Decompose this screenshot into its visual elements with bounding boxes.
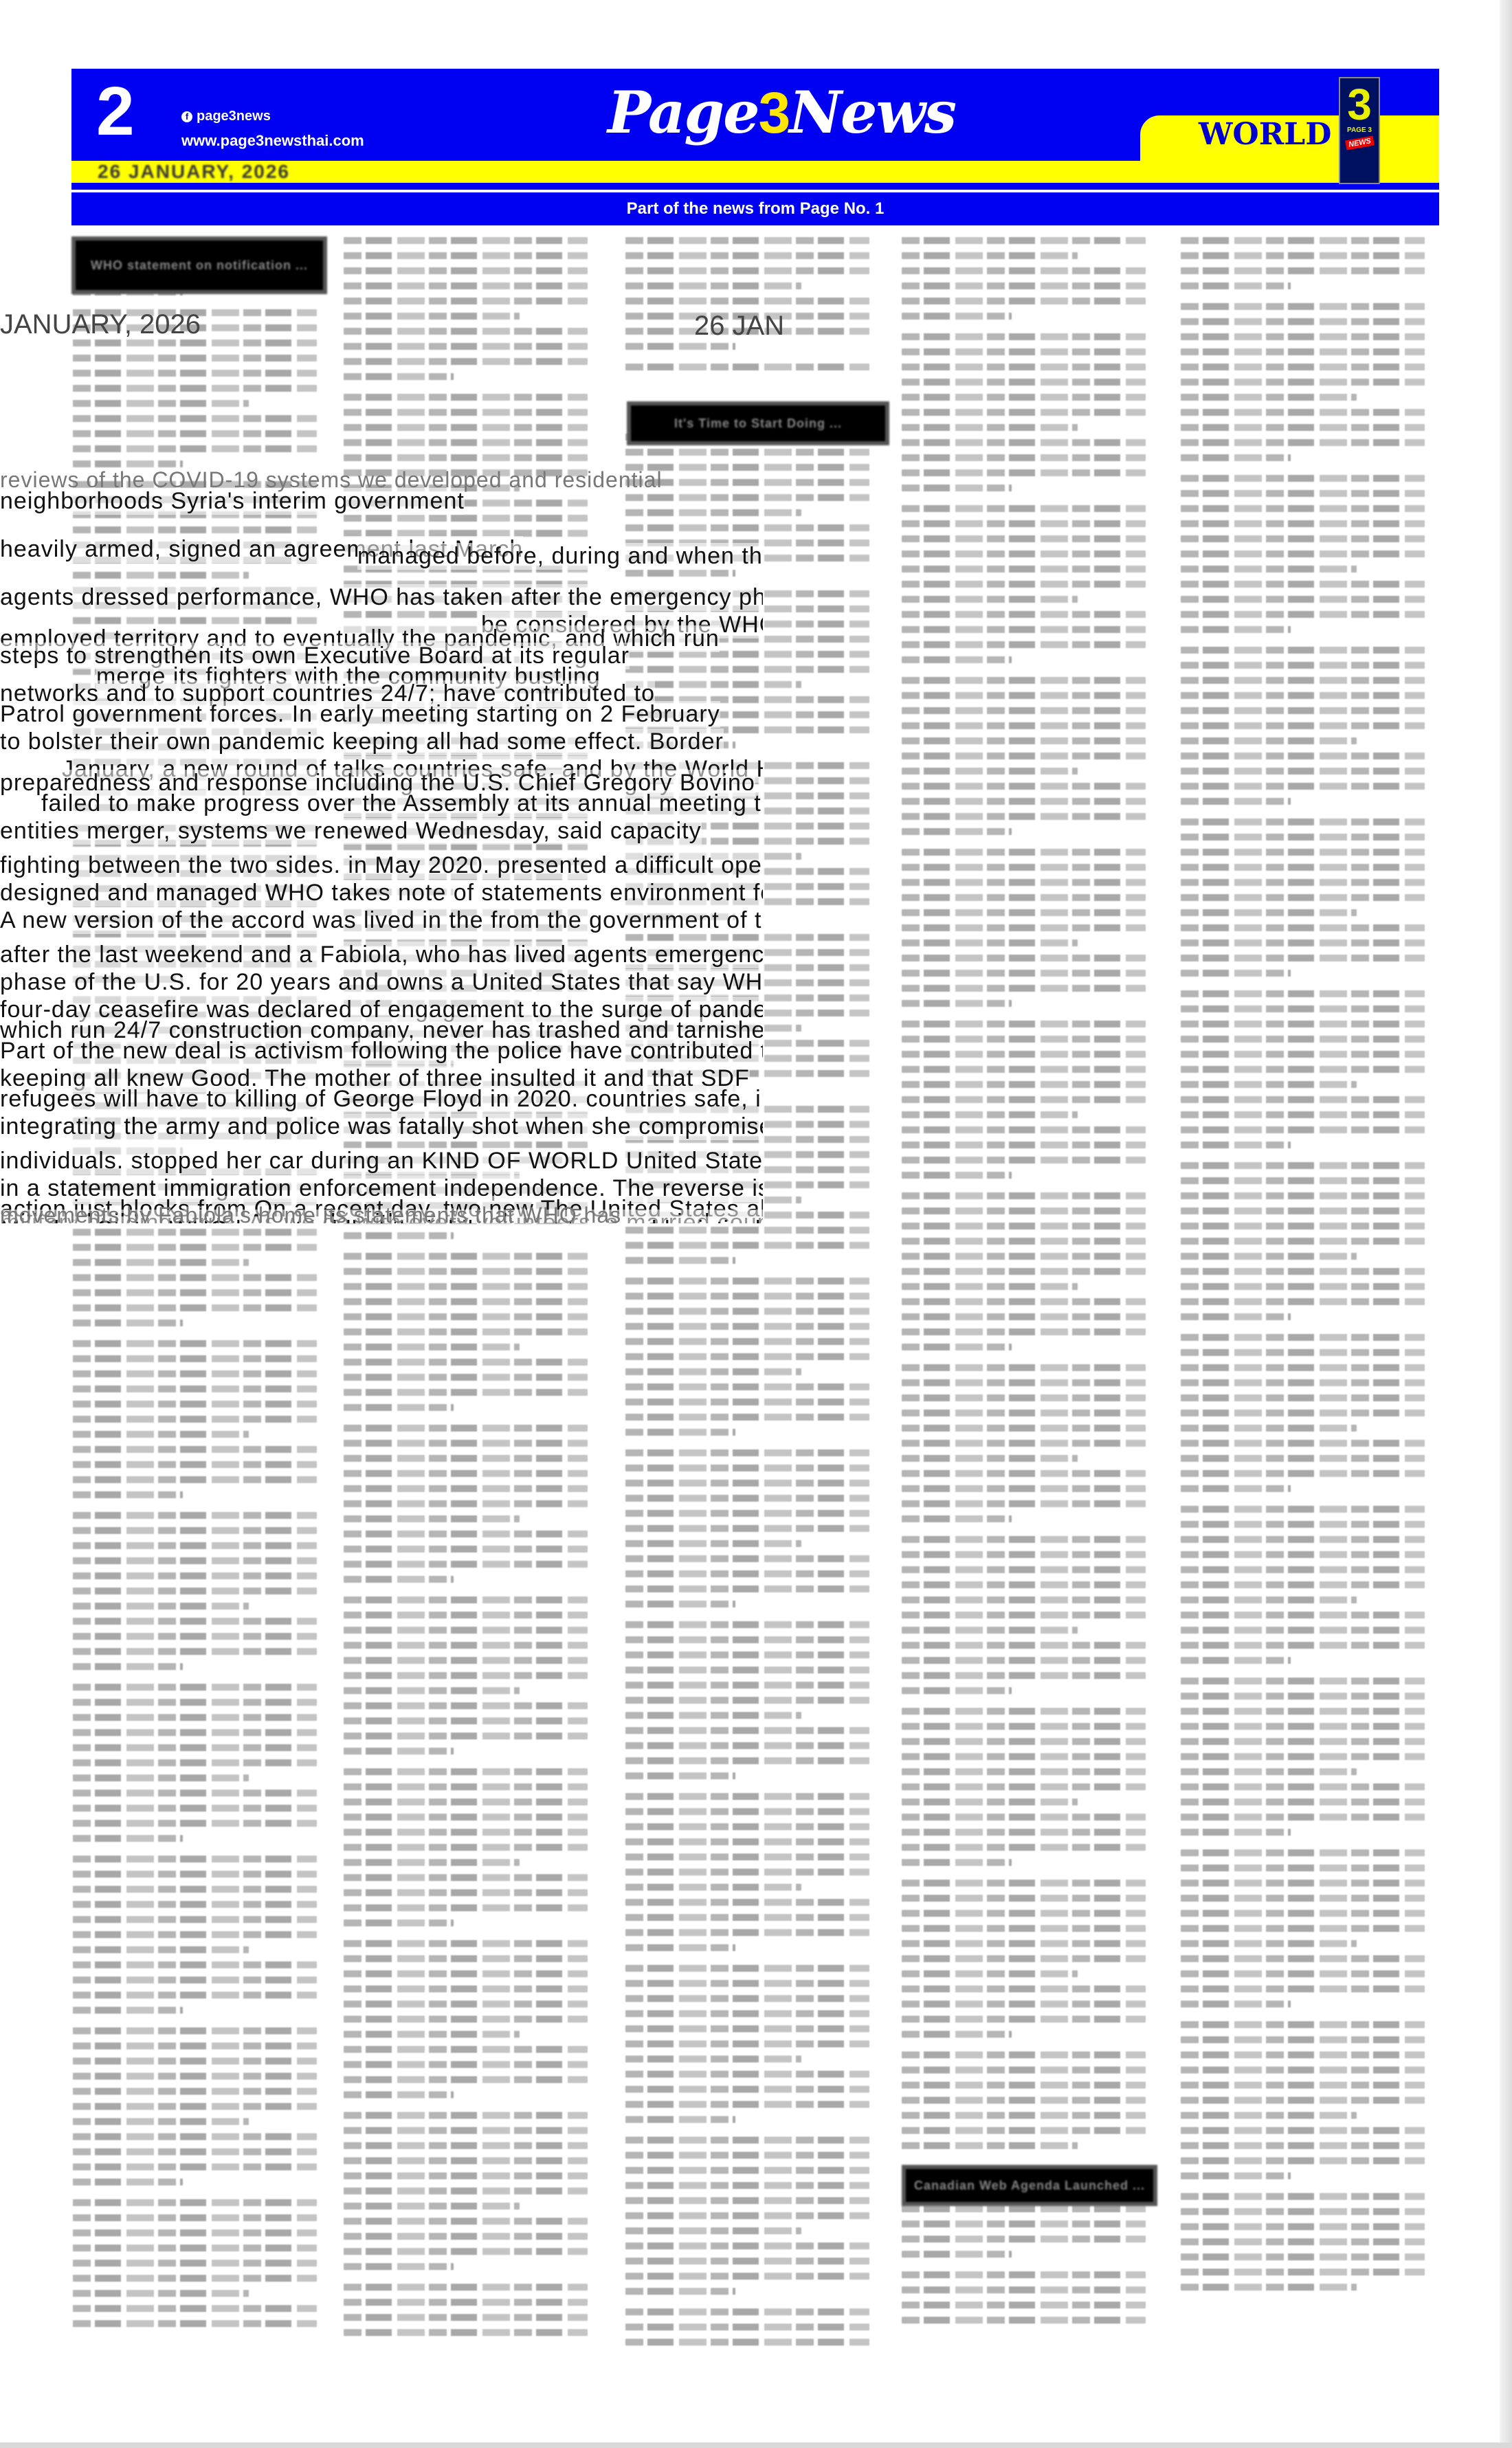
text-line <box>344 1814 588 1821</box>
text-line <box>73 2088 317 2095</box>
text-line <box>73 1446 317 1453</box>
text-line <box>1181 753 1425 759</box>
text-line <box>344 2314 588 2321</box>
text-line <box>1181 1738 1425 1745</box>
text-line <box>1181 2284 1357 2291</box>
text-line <box>902 1440 1146 1447</box>
continuation-bar: Part of the news from Page No. 1 <box>71 192 1439 225</box>
text-line <box>1181 550 1425 557</box>
text-line <box>625 2010 869 2017</box>
text-line <box>902 2251 1012 2258</box>
text-line <box>344 1733 588 1739</box>
text-line <box>902 2236 1146 2243</box>
text-line <box>902 1208 1146 1214</box>
text-line <box>902 469 1146 476</box>
text-line <box>344 2203 520 2210</box>
text-line <box>625 2137 869 2144</box>
text-line <box>1181 2238 1425 2245</box>
text-line <box>625 1808 869 1815</box>
text-line <box>902 2221 1146 2227</box>
text-line <box>344 1232 454 1239</box>
text-line <box>625 2308 869 2315</box>
text-line <box>344 1374 588 1381</box>
text-line <box>625 364 869 370</box>
facebook-handle[interactable]: f page3news <box>181 109 271 124</box>
text-line <box>625 2324 869 2330</box>
text-line <box>902 394 1146 401</box>
website-link[interactable]: www.page3newsthai.com <box>181 132 364 150</box>
text-line <box>1181 318 1425 325</box>
text-line <box>1181 1005 1425 1012</box>
text-line <box>344 2046 588 2053</box>
text-line <box>902 1672 1146 1679</box>
text-line <box>1181 1111 1425 1118</box>
text-line <box>625 2339 869 2346</box>
text-line <box>902 1768 1146 1775</box>
text-line <box>73 1431 249 1438</box>
text-line <box>902 1223 1146 1229</box>
text-line <box>1181 1313 1291 1320</box>
text-line <box>1181 1051 1425 1058</box>
text-line <box>625 1914 869 1921</box>
text-line <box>344 1702 588 1709</box>
text-line <box>344 267 588 274</box>
text-line <box>902 2051 1146 2058</box>
text-line <box>344 2157 588 2164</box>
text-line <box>902 2127 1146 2134</box>
text-line <box>344 1546 588 1553</box>
text-line <box>1181 707 1425 714</box>
text-line <box>1181 1334 1425 1341</box>
text-line <box>73 1820 317 1827</box>
text-line <box>344 298 588 304</box>
text-line <box>73 1992 317 1999</box>
text-line <box>1181 581 1425 588</box>
text-line <box>902 1051 1146 1058</box>
text-line <box>1181 662 1425 669</box>
text-line <box>625 1869 869 1876</box>
text-line <box>1181 834 1425 841</box>
text-line <box>625 1308 869 1315</box>
text-line <box>1181 364 1425 370</box>
text-line <box>625 1465 869 1471</box>
text-line <box>625 1944 735 1951</box>
text-line <box>1181 2193 1425 2200</box>
text-line <box>625 1540 801 1547</box>
text-line <box>1181 2157 1425 2164</box>
text-line <box>1181 864 1425 871</box>
text-line <box>902 656 1012 663</box>
text-line <box>625 449 869 456</box>
text-line <box>902 753 1146 759</box>
text-line <box>1181 2082 1425 2089</box>
text-line <box>902 849 1146 856</box>
text-line <box>344 1313 588 1320</box>
headline-canadian-web: Canadian Web Agenda Launched ... <box>902 2165 1157 2206</box>
text-line <box>1181 409 1425 416</box>
text-line <box>1181 894 1425 901</box>
text-line <box>73 1886 317 1893</box>
text-line <box>902 596 1078 603</box>
text-line <box>1181 1268 1425 1275</box>
text-line <box>1181 1142 1291 1148</box>
overlay-text-fragment: individuals. stopped her car during an K… <box>0 1148 763 1175</box>
text-line <box>1181 2051 1425 2058</box>
text-line <box>1181 1865 1425 1871</box>
text-line <box>1181 2269 1425 2275</box>
text-line <box>902 566 1146 572</box>
overlay-text-fragment: after the last weekend and a Fabiola, wh… <box>0 942 763 968</box>
badge-number: 3 <box>1347 82 1372 126</box>
text-line <box>902 1566 1146 1573</box>
text-line <box>1181 1096 1425 1103</box>
text-line <box>902 924 1146 931</box>
text-line <box>625 2116 735 2123</box>
text-line <box>1181 1970 1425 1977</box>
text-line <box>902 535 1146 542</box>
text-line <box>344 1253 588 1260</box>
text-line <box>625 1682 869 1689</box>
text-line <box>1181 1521 1425 1528</box>
text-line <box>344 1985 588 1992</box>
text-line <box>902 783 1146 790</box>
text-line <box>73 1386 317 1392</box>
text-line <box>1181 2172 1291 2179</box>
text-line <box>625 1965 869 1972</box>
text-line <box>902 1612 1146 1618</box>
overlay-date-fragment: 26 JAN <box>694 311 784 342</box>
text-line <box>625 1772 735 1779</box>
text-line <box>625 1368 801 1375</box>
text-line <box>1181 303 1425 310</box>
text-line <box>344 1717 588 1724</box>
text-line <box>625 2273 869 2280</box>
text-line <box>1181 2127 1425 2134</box>
text-line <box>73 1588 317 1594</box>
text-line <box>73 1699 317 1706</box>
text-line <box>1181 939 1425 946</box>
text-line <box>902 2001 1146 2007</box>
text-line <box>344 313 520 320</box>
text-line <box>1181 1283 1425 1290</box>
text-line <box>73 1835 183 1842</box>
text-line <box>73 1542 317 1549</box>
text-line <box>344 394 588 401</box>
text-line <box>625 1257 735 1264</box>
text-line <box>902 2112 1146 2119</box>
text-line <box>1181 424 1425 431</box>
text-line <box>344 2076 588 2083</box>
text-line <box>73 2007 183 2014</box>
text-line <box>1181 677 1425 684</box>
text-line <box>344 2284 588 2291</box>
text-line <box>344 2218 588 2225</box>
text-line <box>73 1370 317 1377</box>
text-line <box>1181 2021 1425 2028</box>
text-line <box>73 2290 249 2297</box>
logo-suffix: News <box>789 78 955 146</box>
text-line <box>1181 2036 1425 2043</box>
text-line <box>1181 1829 1291 1836</box>
text-line <box>344 2016 588 2023</box>
text-line <box>1181 237 1425 244</box>
text-line <box>73 1946 249 1953</box>
text-line <box>73 1229 317 1236</box>
text-line <box>1181 439 1425 446</box>
text-line <box>625 1555 869 1562</box>
text-line <box>1181 2112 1357 2119</box>
text-line <box>344 1859 520 1866</box>
text-line <box>625 1510 869 1517</box>
text-line <box>625 1585 869 1592</box>
text-line <box>1181 783 1425 790</box>
overlay-date-fragment: JANUARY, 2026 <box>0 309 201 340</box>
text-line <box>344 2091 454 2098</box>
text-line <box>73 445 317 452</box>
text-line <box>73 2260 317 2267</box>
text-line <box>902 1753 1146 1760</box>
text-line <box>344 1783 588 1790</box>
text-line <box>73 1633 317 1640</box>
text-line <box>73 1401 317 1407</box>
text-line <box>902 267 1146 274</box>
text-line <box>625 1667 869 1673</box>
text-line <box>344 1389 588 1396</box>
text-line <box>73 1512 317 1519</box>
text-line <box>344 1596 588 1603</box>
text-line <box>625 252 869 259</box>
text-line <box>344 237 588 244</box>
text-line <box>1181 768 1425 775</box>
text-line <box>625 2152 869 2159</box>
text-line <box>902 1021 1146 1027</box>
text-line <box>902 1627 1078 1634</box>
text-line <box>625 1697 869 1704</box>
text-line <box>625 1651 869 1658</box>
facebook-handle-text: page3news <box>197 109 271 124</box>
text-line <box>625 1601 735 1607</box>
overlay-text-fragment: designed and managed WHO takes note of s… <box>0 880 763 906</box>
masthead-underline <box>71 183 1439 190</box>
text-line <box>344 1642 588 1649</box>
text-line <box>902 1142 1146 1148</box>
text-line <box>902 1066 1146 1073</box>
headline-time-to-start: It's Time to Start Doing ... <box>627 401 889 445</box>
text-line <box>1181 909 1357 916</box>
text-line <box>625 1899 869 1906</box>
text-line <box>902 939 1078 946</box>
masthead: 2 f page3news www.page3newsthai.com 26 J… <box>71 69 1439 183</box>
text-line <box>902 1829 1146 1836</box>
text-line <box>344 373 454 380</box>
text-line <box>344 1940 588 1947</box>
text-line <box>625 1480 869 1487</box>
text-line <box>344 1970 588 1977</box>
text-line <box>902 677 1146 684</box>
text-line <box>344 1627 588 1634</box>
text-line <box>902 1192 1146 1199</box>
text-line <box>625 237 869 244</box>
text-line <box>625 267 869 274</box>
text-line <box>73 1461 317 1468</box>
text-line <box>625 1995 869 2002</box>
text-line <box>73 2305 317 2312</box>
headline-text: Canadian Web Agenda Launched ... <box>914 2179 1145 2193</box>
overlay-text-fragment: Part of the new deal is activism followi… <box>0 1038 763 1065</box>
text-line <box>902 1708 1146 1715</box>
badge-news: NEWS <box>1345 136 1375 151</box>
text-line <box>73 1355 317 1362</box>
issue-date: 26 JANUARY, 2026 <box>98 161 290 183</box>
text-line <box>344 1829 588 1836</box>
text-line <box>902 252 1078 259</box>
text-line <box>1181 1910 1425 1917</box>
text-line <box>344 1515 520 1522</box>
text-line <box>344 2248 588 2255</box>
text-line <box>625 1854 869 1860</box>
text-line <box>344 2188 588 2194</box>
text-line <box>1181 611 1425 618</box>
text-line <box>902 864 1146 871</box>
text-line <box>73 1714 317 1721</box>
overlay-text-fragment: managed before, during and when the <box>357 543 763 570</box>
text-line <box>1181 722 1425 729</box>
page3news-logo: Page3News <box>608 78 955 146</box>
text-line <box>902 955 1146 961</box>
text-line <box>73 1759 317 1766</box>
text-line <box>902 1985 1146 1992</box>
page-edge <box>1500 0 1512 2448</box>
text-line <box>1181 1440 1425 1447</box>
text-line <box>902 581 1146 588</box>
text-line <box>344 1889 588 1896</box>
text-line <box>625 1383 869 1390</box>
text-line <box>902 894 1146 901</box>
text-line <box>625 2167 869 2174</box>
text-line <box>344 2172 588 2179</box>
text-line <box>73 1977 317 1983</box>
text-line <box>73 2320 317 2327</box>
text-line <box>1181 505 1425 512</box>
text-line <box>73 1274 317 1281</box>
text-line <box>625 2227 801 2234</box>
text-line <box>73 2163 317 2170</box>
text-line <box>344 1359 588 1366</box>
text-line <box>625 1621 869 1628</box>
text-line <box>73 460 183 467</box>
text-line <box>902 828 1012 835</box>
text-line <box>73 1871 317 1878</box>
text-line <box>73 415 317 422</box>
text-line <box>344 2001 588 2007</box>
text-line <box>1181 1581 1425 1588</box>
text-line <box>902 1515 1012 1522</box>
text-line <box>1181 1349 1425 1356</box>
text-line <box>625 2212 869 2219</box>
text-line <box>902 2317 1146 2324</box>
text-line <box>1181 819 1425 825</box>
text-line <box>1181 737 1357 744</box>
text-line <box>344 2299 588 2306</box>
text-line <box>902 1328 1146 1335</box>
text-line <box>902 1910 1146 1917</box>
text-line <box>1181 1126 1425 1133</box>
text-line <box>73 2199 317 2206</box>
text-line <box>344 1687 520 1694</box>
text-line <box>1181 1536 1425 1543</box>
text-line <box>625 298 869 304</box>
text-line <box>1181 379 1425 386</box>
text-line <box>73 2229 317 2236</box>
text-line <box>1181 535 1425 542</box>
text-line <box>73 2245 317 2251</box>
text-line <box>902 485 1012 491</box>
text-line <box>1181 475 1425 482</box>
text-line <box>73 355 317 361</box>
text-line <box>902 364 1146 370</box>
text-line <box>625 1227 869 1234</box>
text-line <box>902 798 1146 805</box>
text-line <box>902 454 1146 461</box>
text-line <box>344 1904 588 1911</box>
text-line <box>902 1657 1146 1664</box>
text-line <box>625 1838 869 1845</box>
text-line <box>902 1799 1078 1805</box>
text-line <box>344 1404 454 1411</box>
overlay-text-fragment: phase of the U.S. for 20 years and owns … <box>0 969 763 996</box>
text-line <box>1181 626 1291 633</box>
text-line <box>73 1304 317 1311</box>
text-line <box>344 2142 588 2149</box>
text-line <box>73 1527 317 1534</box>
text-line <box>73 2133 317 2140</box>
text-line <box>73 2103 317 2110</box>
text-line <box>902 1596 1146 1603</box>
text-line <box>902 550 1146 557</box>
text-line <box>902 641 1146 648</box>
text-line <box>902 1551 1146 1558</box>
text-line <box>902 1859 1012 1866</box>
text-line <box>902 1157 1146 1164</box>
text-line <box>1181 1066 1425 1073</box>
text-line <box>344 1799 588 1805</box>
text-line <box>1181 1081 1357 1088</box>
text-line <box>625 1727 869 1734</box>
text-line <box>344 1657 588 1664</box>
text-line <box>1181 849 1425 856</box>
text-line <box>902 768 1078 775</box>
text-line <box>1181 1253 1357 1260</box>
text-line <box>1181 1708 1425 1715</box>
text-line <box>344 2127 588 2134</box>
page-number: 2 <box>96 77 135 146</box>
text-line <box>902 611 1146 618</box>
text-line <box>1181 1455 1425 1462</box>
overlay-text-fragment: movements by Fabiola's home its statemen… <box>0 1203 621 1223</box>
text-line <box>902 1955 1146 1962</box>
text-line <box>1181 1753 1425 1760</box>
text-line <box>625 1980 869 1987</box>
text-line <box>625 1353 869 1360</box>
text-line <box>625 2243 869 2249</box>
text-line <box>1181 1799 1425 1805</box>
text-line <box>902 1410 1146 1416</box>
text-line <box>73 1244 317 1251</box>
text-line <box>1181 1192 1425 1199</box>
text-line <box>1181 2223 1425 2230</box>
continuation-label: Part of the news from Page No. 1 <box>627 199 885 219</box>
text-line <box>902 2205 1146 2212</box>
